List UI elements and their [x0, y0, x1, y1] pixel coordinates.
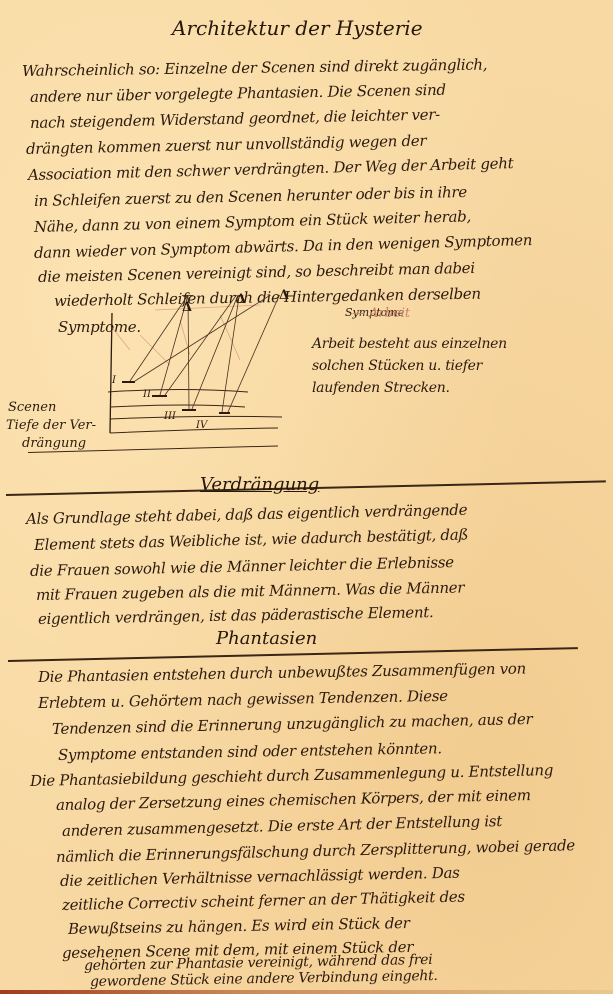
text-line: Nähe, dann zu von einem Symptom ein Stüc…: [34, 207, 471, 236]
text-line: anderen zusammengesetzt. Die erste Art d…: [62, 812, 502, 840]
text-line: drängten kommen zuerst nur unvollständig…: [26, 132, 427, 158]
text-line: mit Frauen zugeben als die mit Männern. …: [36, 579, 464, 604]
diagram-label-scenes: Scenen: [8, 400, 56, 415]
text-line: Tendenzen sind die Erinnerung unzugängli…: [52, 710, 533, 738]
scene-label-1: I: [112, 375, 116, 386]
scene-label-4: IV: [196, 420, 207, 431]
diagram-caption-line: Arbeit besteht aus einzelnen: [312, 336, 507, 352]
apex-marker-1: Δ: [182, 300, 192, 315]
text-line: Erlebtem u. Gehörtem nach gewissen Tende…: [38, 687, 448, 712]
text-line: Die Phantasien entstehen durch unbewußte…: [38, 659, 526, 686]
manuscript-page: Architektur der Hysterie Wahrscheinlich …: [0, 0, 613, 994]
section-heading-repression: Verdrängung: [200, 474, 319, 495]
text-line: andere nur über vorgelegte Phantasien. D…: [30, 81, 446, 106]
section-heading-fantasies: Phantasien: [216, 628, 317, 649]
diagram-caption-line: solchen Stücken u. tiefer: [312, 358, 482, 374]
scene-depth-diagram: [100, 295, 300, 435]
text-line: die Frauen sowohl wie die Männer leichte…: [30, 553, 454, 580]
text-line: Association mit den schwer verdrängten. …: [28, 154, 514, 184]
text-line: Als Grundlage steht dabei, daß das eigen…: [26, 501, 468, 528]
scene-label-2: II: [143, 389, 151, 400]
text-line: Die Phantasiebildung geschieht durch Zus…: [30, 761, 553, 790]
apex-marker-2: Δ: [236, 292, 246, 307]
text-line: analog der Zersetzung eines chemischen K…: [56, 786, 531, 814]
text-line: die meisten Scenen vereinigt sind, so be…: [38, 259, 475, 286]
text-line: dann wieder von Symptom abwärts. Da in d…: [34, 231, 533, 262]
diagram-label-repression: drängung: [22, 436, 86, 451]
text-line: Element stets das Weibliche ist, wie dad…: [34, 525, 469, 554]
page-title: Architektur der Hysterie: [172, 16, 423, 40]
red-annotation-work: — Arbeit: [352, 306, 410, 321]
text-line: zeitliche Correctiv scheint ferner an de…: [62, 888, 465, 914]
apex-marker-3: Δ: [279, 288, 289, 303]
page-bottom-edge: [0, 990, 613, 994]
text-line: die zeitlichen Verhältnisse vernachlässi…: [60, 864, 460, 890]
text-line: nämlich die Erinnerungsfälschung durch Z…: [56, 836, 575, 866]
text-line: in Schleifen zuerst zu den Scenen herunt…: [34, 183, 467, 210]
diagram-label-depth: Tiefe der Ver-: [6, 418, 96, 433]
text-line: Symptome entstanden sind oder entstehen …: [58, 739, 442, 764]
diagram-caption-line: laufenden Strecken.: [312, 380, 450, 396]
text-line: Bewußtseins zu hängen. Es wird ein Stück…: [68, 914, 410, 938]
scene-label-3: III: [164, 411, 176, 422]
text-line: eigentlich verdrängen, ist das päderasti…: [38, 603, 434, 628]
text-line: Wahrscheinlich so: Einzelne der Scenen s…: [22, 56, 487, 80]
text-line: nach steigendem Widerstand geordnet, die…: [30, 105, 440, 132]
